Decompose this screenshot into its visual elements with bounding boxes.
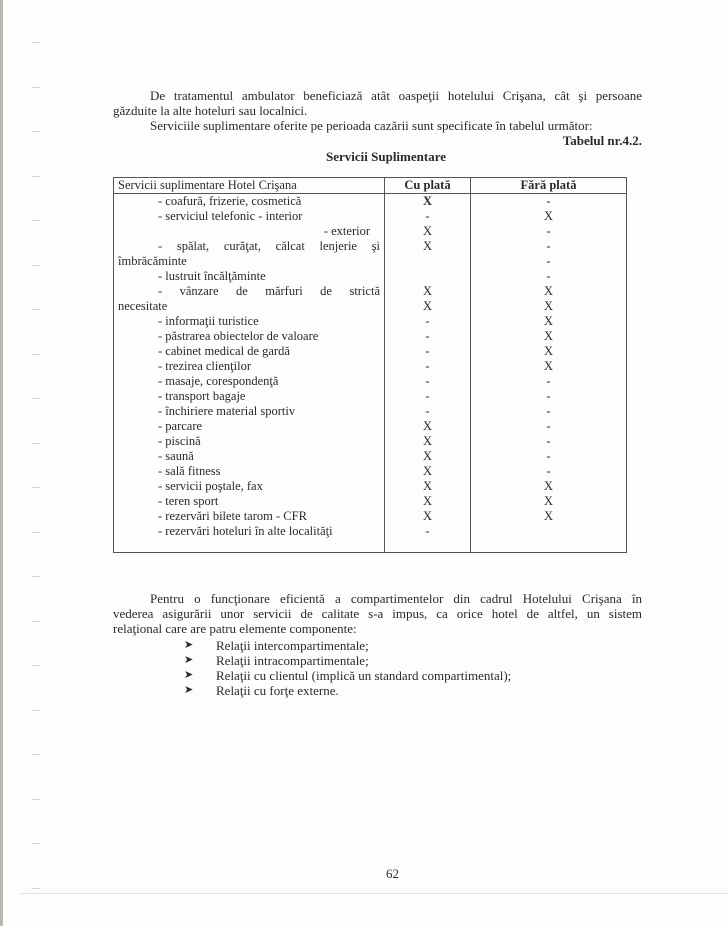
service-cell: - informaţii turistice [114,314,385,329]
cu-plata-cell: X [385,239,471,254]
cu-plata-cell: X [385,449,471,464]
list-item: ➤Relaţii cu forţe externe. [184,683,511,698]
table-row: - rezervări hoteluri în alte localităţi- [114,524,627,553]
binder-tick [32,87,40,88]
service-cell: - teren sport [114,494,385,509]
fara-plata-cell: X [471,494,627,509]
paragraph2: Serviciile suplimentare oferite pe perio… [150,118,593,133]
cu-plata-cell: - [385,524,471,553]
cu-plata-cell: X [385,299,471,314]
binder-tick [32,487,40,488]
fara-plata-cell: - [471,464,627,479]
binder-tick [32,710,40,711]
arrow-bullet-icon: ➤ [184,668,198,683]
paragraph1-line1: De tratamentul ambulator beneficiază atâ… [150,88,642,103]
table-row: - spălat, curăţat, călcat lenjerie şiX- [114,239,627,254]
table-row: - teren sportXX [114,494,627,509]
service-cell: - parcare [114,419,385,434]
table-row: - servicii poştale, faxXX [114,479,627,494]
fara-plata-cell: - [471,419,627,434]
header-fara-plata: Fără plată [471,178,627,194]
fara-plata-cell: X [471,479,627,494]
table-row: - lustruit încălţăminte- [114,269,627,284]
cu-plata-cell: X [385,479,471,494]
fara-plata-cell: - [471,389,627,404]
service-cell: îmbrăcăminte [114,254,385,269]
cu-plata-cell: X [385,419,471,434]
cu-plata-cell: - [385,374,471,389]
binder-tick [32,843,40,844]
fara-plata-cell: - [471,374,627,389]
service-cell: - servicii poştale, fax [114,479,385,494]
binder-tick [32,176,40,177]
paragraph3-line1: Pentru o funcţionare eficientă a compart… [150,591,642,606]
binder-tick [32,888,40,889]
service-cell: - saună [114,449,385,464]
table-row: - piscinăX- [114,434,627,449]
binder-tick [32,42,40,43]
service-cell: - închiriere material sportiv [114,404,385,419]
service-cell: - masaje, corespondenţă [114,374,385,389]
scan-left-edge [0,0,3,926]
binder-tick [32,131,40,132]
service-cell: - piscină [114,434,385,449]
fara-plata-cell: X [471,359,627,374]
table-row: - saunăX- [114,449,627,464]
cu-plata-cell: - [385,209,471,224]
table-number: Tabelul nr.4.2. [563,133,642,148]
binder-tick [32,532,40,533]
service-cell: - exterior [114,224,385,239]
binder-tick [32,754,40,755]
table-row: - exteriorX- [114,224,627,239]
fara-plata-cell: - [471,404,627,419]
table-row: necesitateXX [114,299,627,314]
fara-plata-cell: X [471,344,627,359]
table-row: - informaţii turistice-X [114,314,627,329]
binder-tick [32,799,40,800]
fara-plata-cell: - [471,269,627,284]
services-table: Servicii suplimentare Hotel Crişana Cu p… [113,177,627,553]
cu-plata-cell: X [385,464,471,479]
list-item: ➤Relaţii intracompartimentale; [184,653,511,668]
relations-list: ➤Relaţii intercompartimentale; ➤Relaţii … [184,638,511,698]
list-item: ➤Relaţii intercompartimentale; [184,638,511,653]
fara-plata-cell: - [471,254,627,269]
cu-plata-cell: - [385,314,471,329]
table-row: - cabinet medical de gardă-X [114,344,627,359]
cu-plata-cell: - [385,404,471,419]
fara-plata-cell: - [471,194,627,210]
binder-tick [32,220,40,221]
table-body: - coafură, frizerie, cosmeticăX-- servic… [114,194,627,553]
binder-tick [32,576,40,577]
table-row: - rezervări bilete tarom - CFRXX [114,509,627,524]
fara-plata-cell: X [471,209,627,224]
table-row: - parcareX- [114,419,627,434]
cu-plata-cell [385,254,471,269]
service-cell: - spălat, curăţat, călcat lenjerie şi [114,239,385,254]
binder-tick [32,354,40,355]
cu-plata-cell [385,269,471,284]
arrow-bullet-icon: ➤ [184,638,198,653]
binder-tick [32,621,40,622]
scan-bottom-rule [20,893,728,894]
paragraph3-line3: relaţional care are patru elemente compo… [113,621,357,636]
fara-plata-cell: X [471,299,627,314]
cu-plata-cell: - [385,389,471,404]
cu-plata-cell: X [385,224,471,239]
fara-plata-cell: X [471,314,627,329]
service-cell: - coafură, frizerie, cosmetică [114,194,385,210]
header-cu-plata: Cu plată [385,178,471,194]
arrow-bullet-icon: ➤ [184,653,198,668]
service-cell: - păstrarea obiectelor de valoare [114,329,385,344]
fara-plata-cell: - [471,434,627,449]
service-cell: - lustruit încălţăminte [114,269,385,284]
cu-plata-cell: X [385,434,471,449]
arrow-bullet-icon: ➤ [184,683,198,698]
fara-plata-cell: X [471,284,627,299]
table-row: - serviciul telefonic - interior-X [114,209,627,224]
header-services: Servicii suplimentare Hotel Crişana [114,178,385,194]
fara-plata-cell: X [471,329,627,344]
service-cell: - serviciul telefonic - interior [114,209,385,224]
fara-plata-cell: - [471,224,627,239]
cu-plata-cell: - [385,329,471,344]
cu-plata-cell: X [385,194,471,210]
table-row: - sală fitnessX- [114,464,627,479]
table-row: - masaje, corespondenţă-- [114,374,627,389]
service-cell: - transport bagaje [114,389,385,404]
service-cell: - sală fitness [114,464,385,479]
table-row: - transport bagaje-- [114,389,627,404]
service-cell: - rezervări bilete tarom - CFR [114,509,385,524]
binder-tick [32,665,40,666]
paragraph3-line2: vederea asigurării unor servicii de cali… [113,606,642,621]
table-row: - vânzare de mărfuri de strictăXX [114,284,627,299]
table-row: - trezirea clienţilor-X [114,359,627,374]
table-row: îmbrăcăminte- [114,254,627,269]
fara-plata-cell: X [471,509,627,524]
cu-plata-cell: X [385,509,471,524]
page-number: 62 [386,866,399,882]
binder-tick [32,398,40,399]
service-cell: - cabinet medical de gardă [114,344,385,359]
fara-plata-cell: - [471,449,627,464]
table-row: - coafură, frizerie, cosmeticăX- [114,194,627,210]
list-item: ➤Relaţii cu clientul (implică un standar… [184,668,511,683]
service-cell: - rezervări hoteluri în alte localităţi [114,524,385,553]
service-cell: - vânzare de mărfuri de strictă [114,284,385,299]
cu-plata-cell: X [385,494,471,509]
binder-tick [32,309,40,310]
table-row: - păstrarea obiectelor de valoare-X [114,329,627,344]
binder-tick [32,443,40,444]
service-cell: necesitate [114,299,385,314]
cu-plata-cell: X [385,284,471,299]
cu-plata-cell: - [385,359,471,374]
service-cell: - trezirea clienţilor [114,359,385,374]
cu-plata-cell: - [385,344,471,359]
table-title: Servicii Suplimentare [326,149,446,164]
table-row: - închiriere material sportiv-- [114,404,627,419]
binder-tick [32,265,40,266]
fara-plata-cell [471,524,627,553]
table-header-row: Servicii suplimentare Hotel Crişana Cu p… [114,178,627,194]
paragraph1-line2: găzduite la alte hoteluri sau localnici. [113,103,307,118]
fara-plata-cell: - [471,239,627,254]
